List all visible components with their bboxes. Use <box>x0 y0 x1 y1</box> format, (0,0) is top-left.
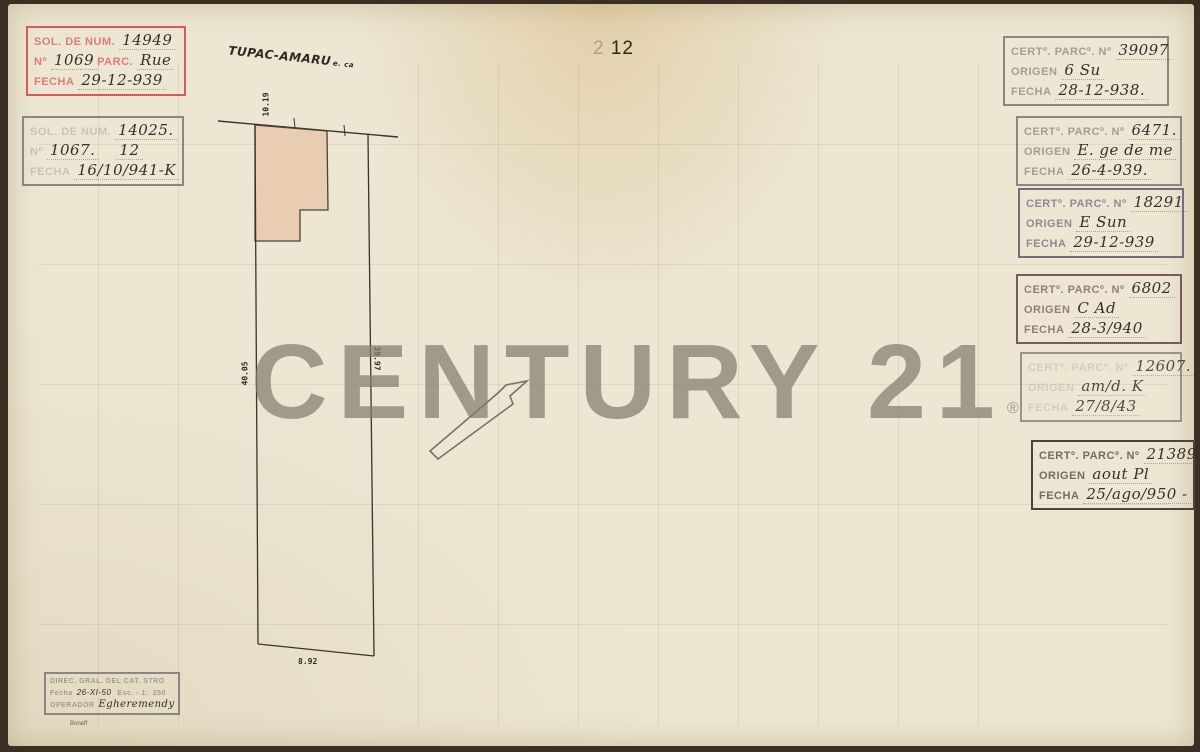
certificate-number: 6471. <box>1129 121 1180 140</box>
number-value: 1069 <box>51 51 97 70</box>
date-value: 16/10/941-K <box>74 161 179 180</box>
scale-value: 250 <box>153 688 166 699</box>
stamp-label: ORIGEN <box>1039 467 1085 485</box>
cadastral-sheet: 2 12 TUPAC-AMARUe. ca 10.19 40.05 39.97 … <box>8 4 1194 746</box>
stamp-label: Fecha <box>50 688 73 699</box>
request-number: 14949 <box>119 31 175 50</box>
stamp-label: CERTº. PARCº. Nº <box>1026 195 1127 213</box>
origin-value: am/d. K <box>1078 377 1146 396</box>
request-number: 14025. <box>115 121 177 140</box>
stamp-label: Esc. - 1: <box>117 688 148 699</box>
origin-value: C Ad <box>1074 299 1119 318</box>
origin-value: 6 Su <box>1061 61 1103 80</box>
stamp-label: ORIGEN <box>1028 379 1074 397</box>
certificate-number: 18291 <box>1131 193 1187 212</box>
footer-note: Boneff <box>70 721 87 727</box>
stamp-label: Nº <box>34 53 47 71</box>
date-value: 28-3/940 <box>1068 319 1145 338</box>
stamp-label: FECHA <box>1024 163 1064 181</box>
stamp-label: FECHA <box>30 163 70 181</box>
certificate-number: 39097 <box>1116 41 1172 60</box>
stamp-label: FECHA <box>1028 399 1068 417</box>
stamp-label: PARC. <box>97 53 133 71</box>
date-value: 25/ago/950 - <box>1083 485 1190 504</box>
watermark-text: CENTURY 21 <box>251 323 1005 441</box>
date-value: 29-12-939 <box>1070 233 1157 252</box>
parcel-value: 12 <box>116 141 142 160</box>
stamp-label: CERTº. PARCº. Nº <box>1024 281 1125 299</box>
date-value: 27/8/43 <box>1072 397 1139 416</box>
stamp-label: SOL. DE NUM. <box>30 123 111 141</box>
stamp-label: FECHA <box>1026 235 1066 253</box>
parcel-certificate-stamp-4: CERTº. PARCº. Nº6802 ORIGENC Ad FECHA28-… <box>1016 274 1182 344</box>
rear-dimension: 8.92 <box>298 657 317 666</box>
stamp-label: CERTº. PARCº. Nº <box>1039 447 1140 465</box>
left-side-dimension: 40.05 <box>241 361 250 385</box>
parcel-certificate-stamp-1: CERTº. PARCº. Nº39097 ORIGEN6 Su FECHA28… <box>1003 36 1169 106</box>
stamp-label: ORIGEN <box>1026 215 1072 233</box>
stamp-label: CERTº. PARCº. Nº <box>1024 123 1125 141</box>
frontage-dimension: 10.19 <box>262 92 271 116</box>
stamp-label: FECHA <box>1024 321 1064 339</box>
certificate-number: 12607. <box>1133 357 1195 376</box>
stamp-label: FECHA <box>1011 83 1051 101</box>
office-title: DIREC. GRAL. DEL CAT. STRO <box>50 676 165 687</box>
origin-value: E Sun <box>1076 213 1130 232</box>
century21-watermark: CENTURY 21® <box>251 329 1019 435</box>
numbering-request-stamp-1: SOL. DE NUM.14949 Nº1069PARC.Rue FECHA29… <box>26 26 186 96</box>
stamp-label: ORIGEN <box>1011 63 1057 81</box>
parcel-certificate-stamp-3: CERTº. PARCº. Nº18291 ORIGENE Sun FECHA2… <box>1018 188 1184 258</box>
stamp-label: SOL. DE NUM. <box>34 33 115 51</box>
date-value: 29-12-939 <box>78 71 165 90</box>
stamp-label: ORIGEN <box>1024 143 1070 161</box>
origin-value: aout Pl <box>1089 465 1152 484</box>
built-area <box>255 125 328 241</box>
stamp-label: Nº <box>30 143 43 161</box>
stamp-label: OPERADOR <box>50 700 94 711</box>
stamp-label: CERTº. PARCº. Nº <box>1011 43 1112 61</box>
date-value: 28-12-938. <box>1055 81 1148 100</box>
date-value: 26-4-939. <box>1068 161 1151 180</box>
origin-value: E. ge de me <box>1074 141 1176 160</box>
certificate-number: 6802 <box>1129 279 1175 298</box>
cadastre-office-stamp: DIREC. GRAL. DEL CAT. STRO Fecha 26-XI-5… <box>44 672 180 715</box>
parcel-certificate-stamp-6: CERTº. PARCº. Nº21389 ORIGENaout Pl FECH… <box>1031 440 1195 510</box>
certificate-number: 21389 <box>1144 445 1200 464</box>
stamp-label: FECHA <box>1039 487 1079 505</box>
numbering-request-stamp-2: SOL. DE NUM.14025. Nº1067.12 FECHA16/10/… <box>22 116 184 186</box>
parcel-value: Rue <box>137 51 174 70</box>
stamp-label: ORIGEN <box>1024 301 1070 319</box>
parcel-certificate-stamp-5: CERTº. PARCº. Nº12607. ORIGENam/d. K FEC… <box>1020 352 1182 422</box>
number-value: 1067. <box>47 141 98 160</box>
date-value: 26-XI-50 <box>77 687 112 698</box>
parcel-certificate-stamp-2: CERTº. PARCº. Nº6471. ORIGENE. ge de me … <box>1016 116 1182 186</box>
stamp-label: FECHA <box>34 73 74 91</box>
registered-mark: ® <box>1007 400 1019 417</box>
stamp-label: CERTº. PARCº. Nº <box>1028 359 1129 377</box>
operator-name: Egheremendy <box>98 699 174 710</box>
